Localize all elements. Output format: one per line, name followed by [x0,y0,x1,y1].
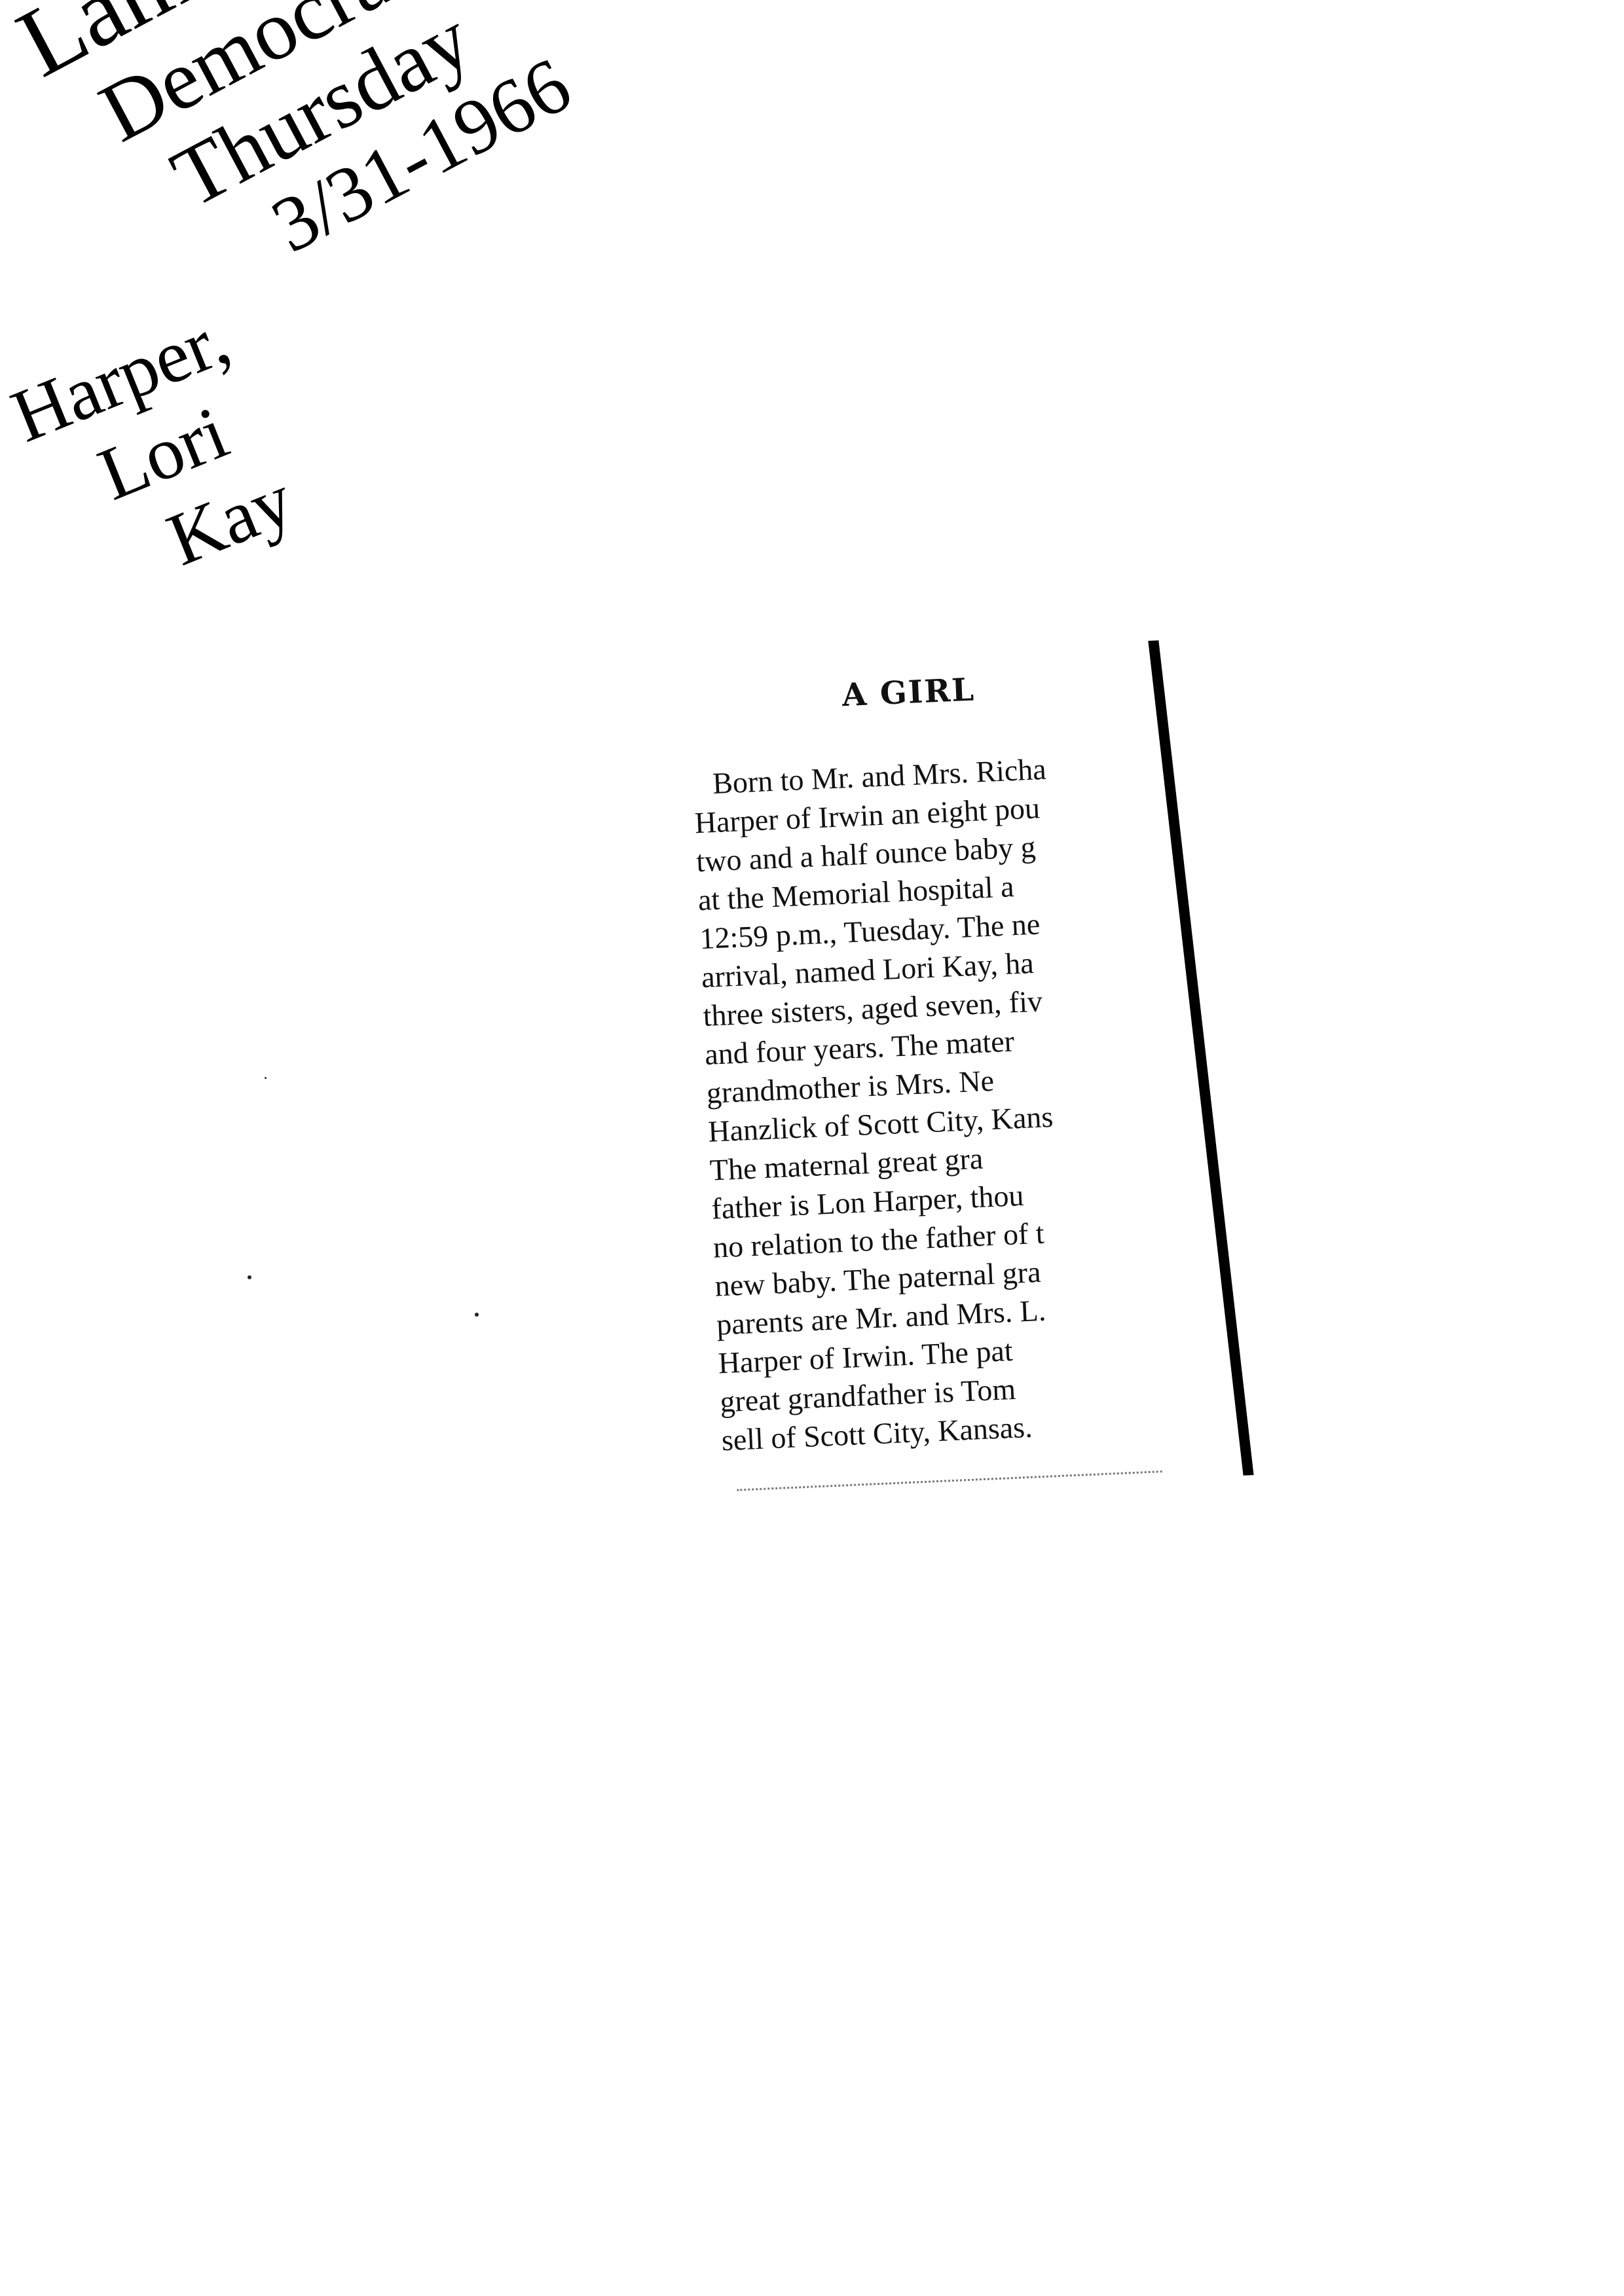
scan-speck [265,1077,267,1079]
clipping-body: Born to Mr. and Mrs. Richa Harper of Irw… [686,744,1194,1460]
scan-speck [475,1313,479,1317]
newspaper-clipping: A GIRL Born to Mr. and Mrs. Richa Harper… [681,640,1195,1499]
scan-speck [248,1275,251,1279]
clipping-headline: A GIRL [682,665,1135,721]
clipping-bottom-edge [737,1470,1162,1491]
